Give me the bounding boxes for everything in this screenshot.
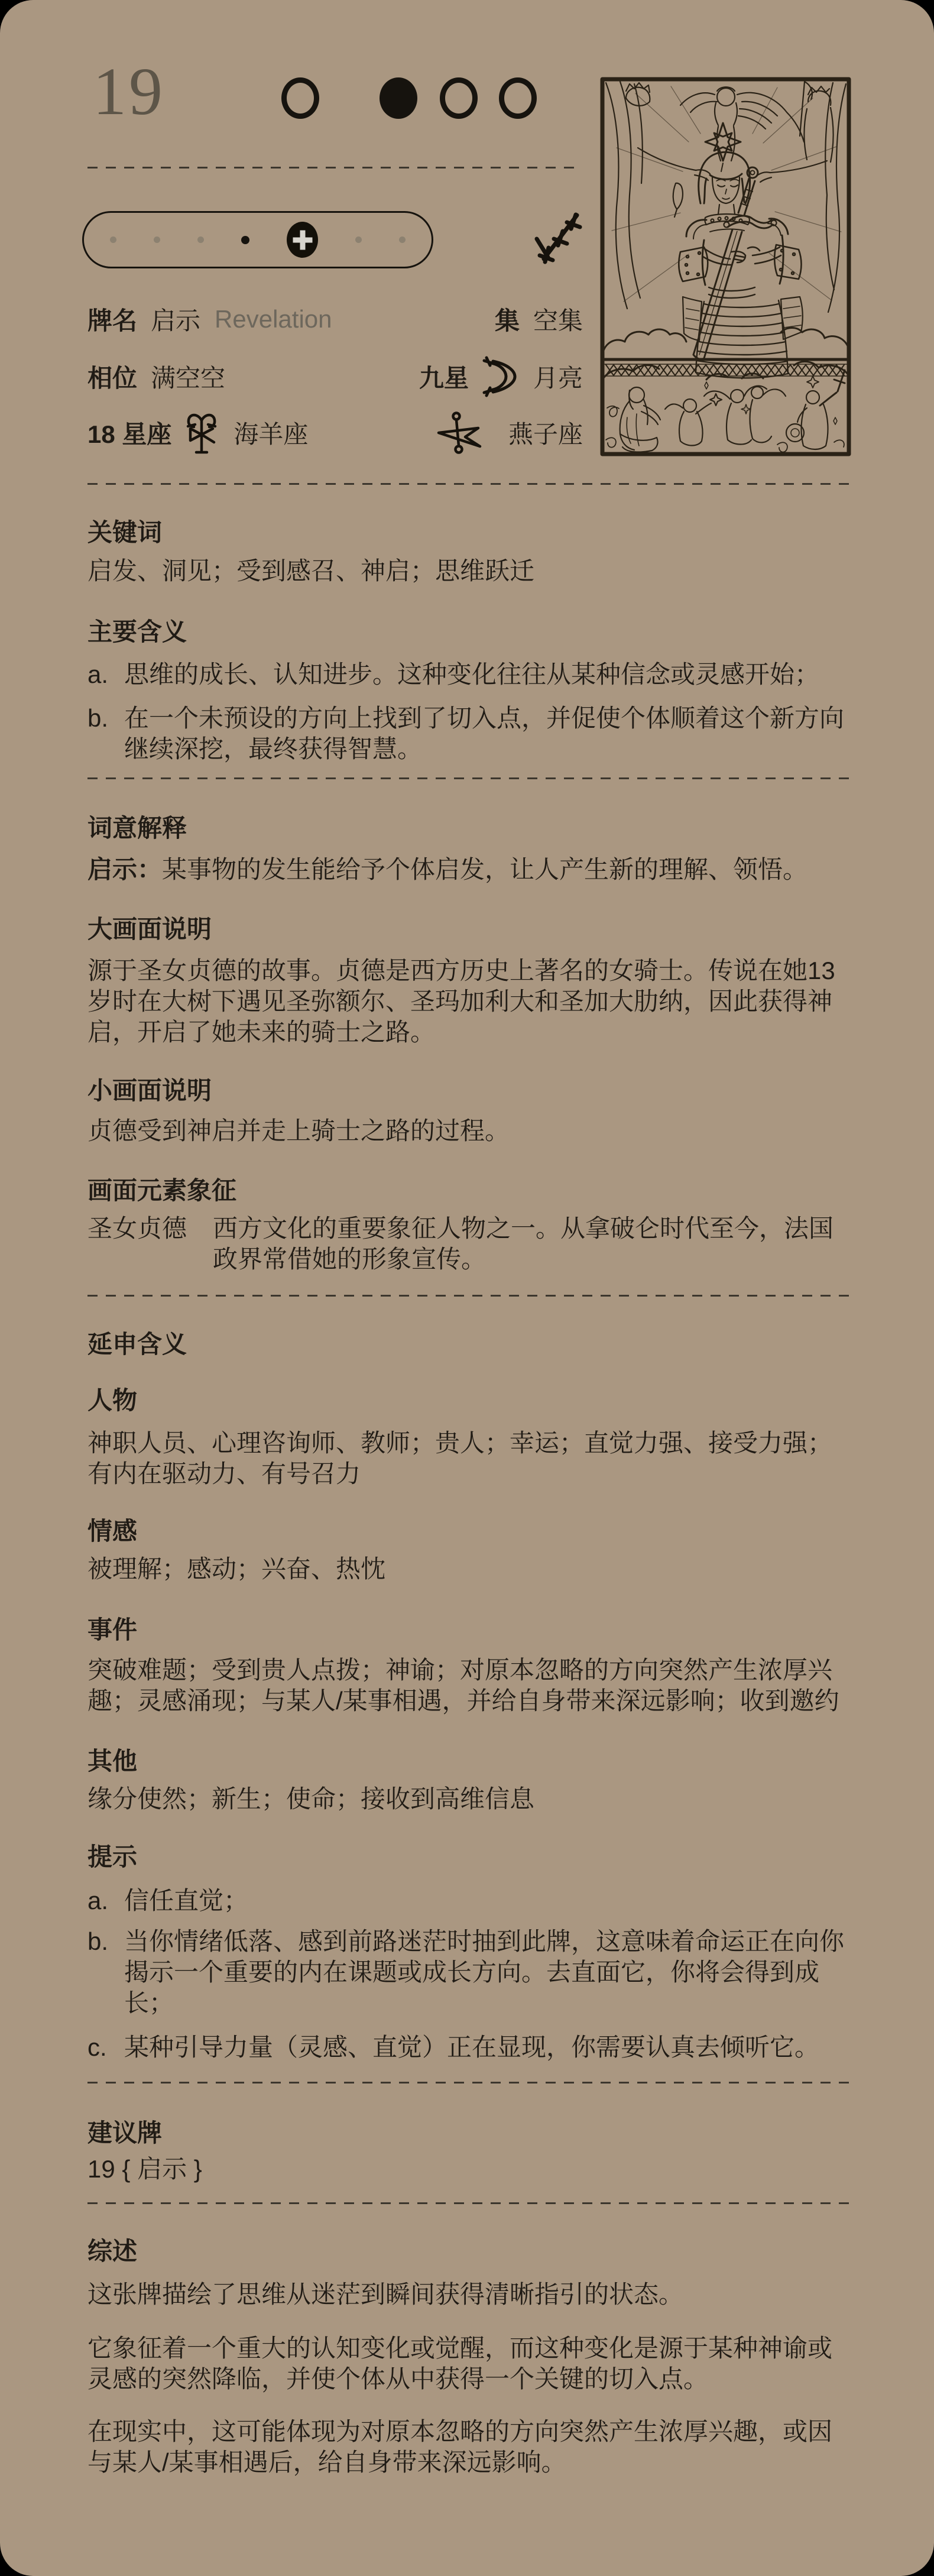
- slider-dot[interactable]: [355, 236, 362, 243]
- element-term: 圣女贞德: [87, 1213, 213, 1275]
- phase-value: 满空空: [151, 359, 225, 394]
- section-heading-small-picture: 小画面说明: [87, 1075, 851, 1106]
- header-divider: [87, 167, 578, 169]
- list-text: 信任直觉；: [124, 1885, 851, 1916]
- set-label: 集: [495, 302, 520, 337]
- name-value-en: Revelation: [215, 305, 332, 333]
- level-slider-track[interactable]: [82, 211, 433, 268]
- keywords-body: 启发、洞见；受到感召、神启；思维跃迁: [87, 556, 851, 587]
- list-item: a. 思维的成长、认知进步。这种变化往往从某种信念或灵感开始；: [87, 659, 851, 690]
- phase-filled-icon: [380, 77, 417, 119]
- star-value: 月亮: [533, 359, 583, 394]
- section-heading-main-meaning: 主要含义: [87, 617, 851, 647]
- slider-dot[interactable]: [197, 236, 204, 243]
- word-meaning-text: 某事物的发生能给予个体启发，让人产生新的理解、领悟。: [162, 856, 807, 883]
- slider-dot-active[interactable]: [241, 236, 249, 244]
- section-heading-word-meaning: 词意解释: [87, 813, 851, 844]
- list-text: 思维的成长、认知进步。这种变化往往从某种信念或灵感开始；: [124, 659, 851, 690]
- phase-label: 相位: [87, 359, 137, 394]
- section-divider: [87, 777, 851, 779]
- list-marker: c.: [87, 2032, 124, 2063]
- slider-dot[interactable]: [110, 236, 116, 243]
- slider-dot[interactable]: [154, 236, 160, 243]
- small-picture-body: 贞德受到神启并走上骑士之路的过程。: [87, 1116, 851, 1146]
- list-item: b. 当你情绪低落、感到前路迷茫时抽到此牌，这意味着命运正在向你揭示一个重要的内…: [87, 1926, 851, 2018]
- section-heading-other: 其他: [87, 1746, 851, 1777]
- section-heading-big-picture: 大画面说明: [87, 914, 851, 945]
- summary-paragraph: 它象征着一个重大的认知变化或觉醒，而这种变化是源于某种神谕或灵感的突然降临，并使…: [87, 2333, 851, 2394]
- phase-empty-icon: [281, 77, 319, 119]
- name-value: 启示: [151, 302, 200, 337]
- section-divider: [87, 1295, 851, 1297]
- constellation-arrow-icon: [532, 208, 591, 267]
- card-header: 19: [0, 0, 934, 483]
- card-description: 关键词 启发、洞见；受到感召、神启；思维跃迁 主要含义 a. 思维的成长、认知进…: [87, 483, 851, 2478]
- element-definition: 圣女贞德 西方文化的重要象征人物之一。从拿破仑时代至今，法国政界常借她的形象宣传…: [87, 1213, 851, 1275]
- card-number: 19: [93, 58, 165, 125]
- big-picture-body: 源于圣女贞德的故事。贞德是西方历史上著名的女骑士。传说在她13岁时在大树下遇见圣…: [87, 955, 851, 1048]
- row-phase-star: 相位 满空空 九星 月亮: [87, 356, 583, 397]
- emotion-body: 被理解；感动；兴奋、热忱: [87, 1554, 851, 1585]
- slider-plus-button[interactable]: [287, 222, 318, 258]
- sea-goat-icon: [183, 410, 220, 455]
- suggestion-body: 19 { 启示 }: [87, 2154, 851, 2185]
- section-heading-emotion: 情感: [87, 1516, 851, 1547]
- word-meaning-body: 启示：某事物的发生能给予个体启发，让人产生新的理解、领悟。: [87, 854, 851, 885]
- slider-dot[interactable]: [399, 236, 406, 243]
- list-marker: a.: [87, 659, 124, 690]
- list-item: b. 在一个未预设的方向上找到了切入点，并促使个体顺着这个新方向继续深挖，最终获…: [87, 703, 851, 764]
- element-text: 西方文化的重要象征人物之一。从拿破仑时代至今，法国政界常借她的形象宣传。: [213, 1213, 851, 1275]
- section-heading-keywords: 关键词: [87, 517, 851, 548]
- list-text: 某种引导力量（灵感、直觉）正在显现，你需要认真去倾听它。: [124, 2032, 851, 2063]
- section-divider: [87, 2202, 851, 2204]
- zodiac-right-value: 燕子座: [508, 415, 583, 451]
- swallow-icon: [434, 410, 482, 455]
- list-marker: b.: [87, 1926, 124, 2018]
- moon-icon: [481, 355, 520, 398]
- events-body: 突破难题；受到贵人点拨；神谕；对原本忽略的方向突然产生浓厚兴趣；灵感涌现；与某人…: [87, 1655, 851, 1716]
- set-value: 空集: [533, 302, 583, 337]
- section-divider: [87, 483, 851, 485]
- card-page: 19: [0, 0, 934, 2576]
- section-heading-tips: 提示: [87, 1842, 851, 1872]
- row-zodiac: 18 星座 海羊座: [87, 409, 583, 456]
- list-text: 在一个未预设的方向上找到了切入点，并促使个体顺着这个新方向继续深挖，最终获得智慧…: [124, 703, 851, 764]
- other-body: 缘分使然；新生；使命；接收到高维信息: [87, 1784, 851, 1814]
- word-meaning-term: 启示：: [87, 856, 162, 883]
- phase-empty-icon: [440, 77, 478, 119]
- phase-row: [281, 77, 537, 119]
- summary-paragraph: 在现实中，这可能体现为对原本忽略的方向突然产生浓厚兴趣，或因与某人/某事相遇后，…: [87, 2416, 851, 2478]
- section-heading-summary: 综述: [87, 2236, 851, 2267]
- section-heading-people: 人物: [87, 1385, 851, 1416]
- list-marker: a.: [87, 1885, 124, 1916]
- star-label: 九星: [419, 359, 469, 394]
- phase-empty-icon: [499, 77, 537, 119]
- list-item: c. 某种引导力量（灵感、直觉）正在显现，你需要认真去倾听它。: [87, 2032, 851, 2063]
- zodiac-left-value: 海羊座: [234, 415, 308, 451]
- list-marker: b.: [87, 703, 124, 764]
- section-divider: [87, 2082, 851, 2084]
- row-card-name: 牌名 启示 Revelation 集 空集: [87, 300, 583, 338]
- section-heading-extended: 延申含义: [87, 1329, 851, 1360]
- zodiac-label: 18 星座: [87, 415, 171, 451]
- people-body: 神职人员、心理咨询师、教师；贵人；幸运；直觉力强、接受力强；有内在驱动力、有号召…: [87, 1428, 851, 1489]
- section-heading-events: 事件: [87, 1615, 851, 1645]
- list-item: a. 信任直觉；: [87, 1885, 851, 1916]
- section-heading-suggestion: 建议牌: [87, 2118, 851, 2149]
- list-text: 当你情绪低落、感到前路迷茫时抽到此牌，这意味着命运正在向你揭示一个重要的内在课题…: [124, 1926, 851, 2018]
- name-label: 牌名: [87, 302, 137, 337]
- summary-paragraph: 这张牌描绘了思维从迷茫到瞬间获得清晰指引的状态。: [87, 2279, 851, 2310]
- card-illustration: [600, 77, 851, 456]
- section-heading-elements: 画面元素象征: [87, 1175, 851, 1206]
